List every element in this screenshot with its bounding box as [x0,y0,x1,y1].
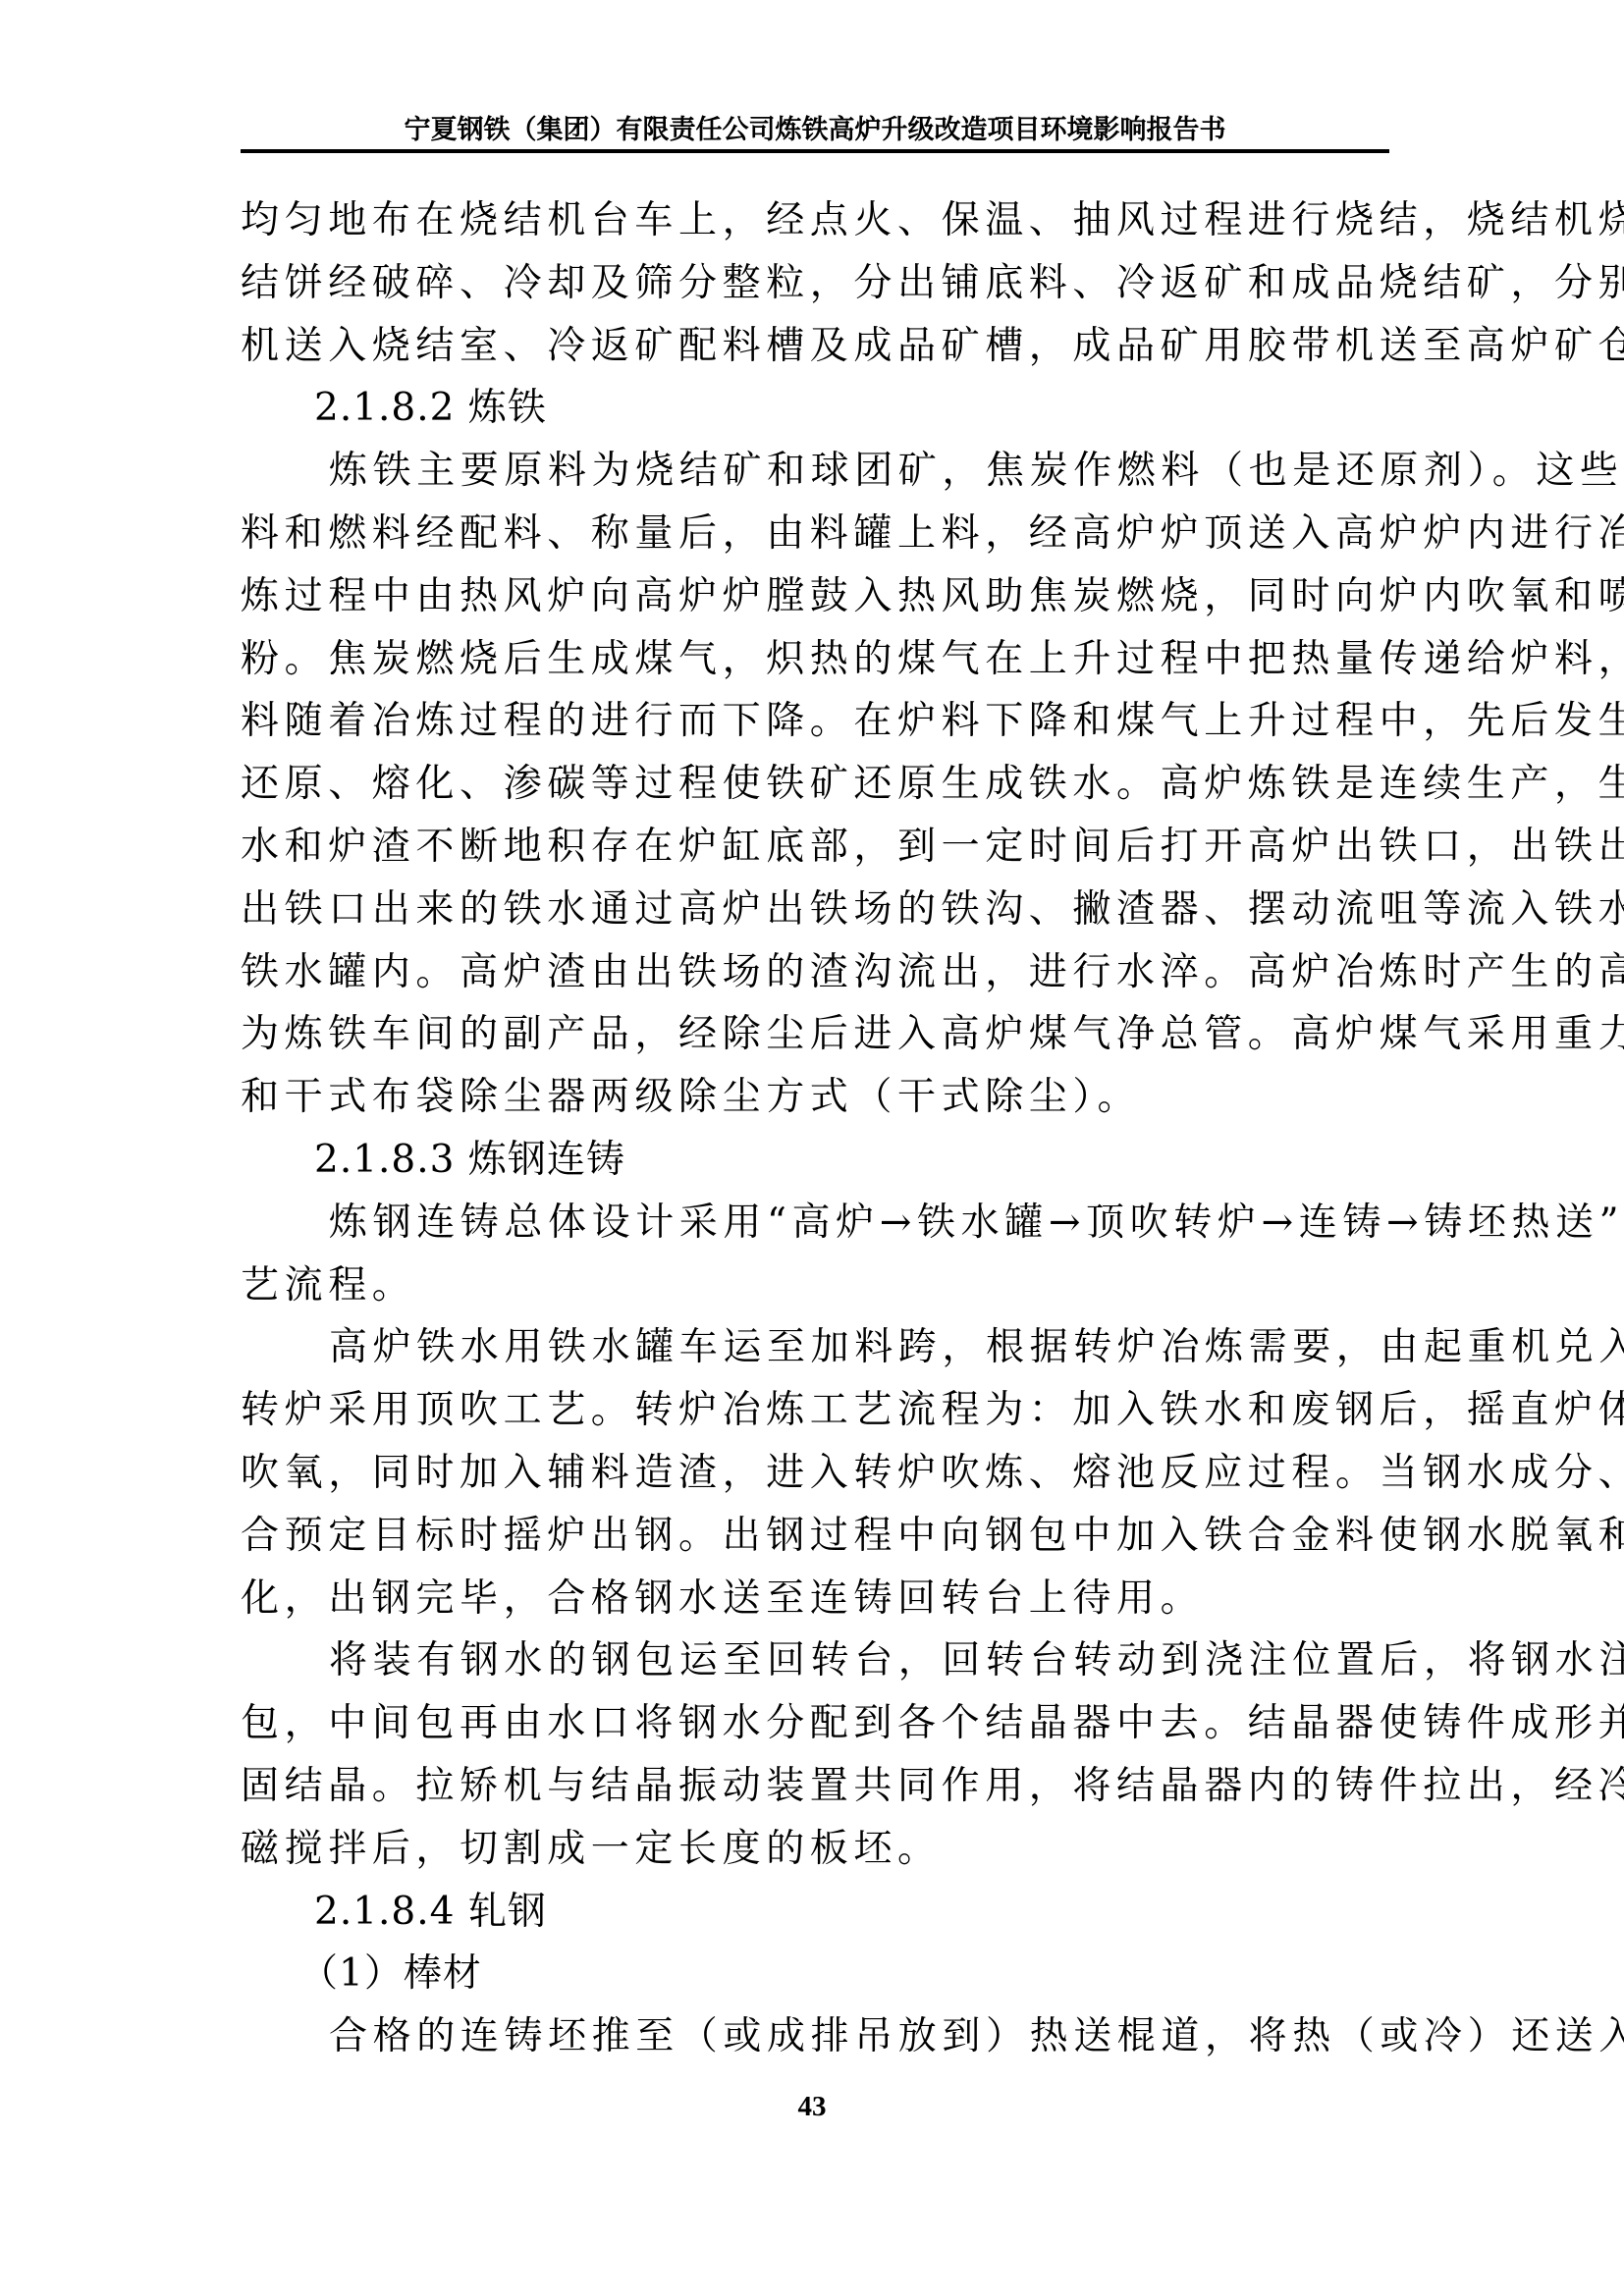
paragraph-line: 还原、熔化、渗碳等过程使铁矿还原生成铁水。高炉炼铁是连续生产，生成的铁 [241,753,1394,816]
paragraph-line: 化，出钢完毕，合格钢水送至连铸回转台上待用。 [241,1568,1394,1630]
document-body: 均匀地布在烧结机台车上，经点火、保温、抽风过程进行烧结，烧结机烧成的烧 结饼经破… [241,189,1394,2068]
paragraph-line: 粉。焦炭燃烧后生成煤气，炽热的煤气在上升过程中把热量传递给炉料，原、辅 [241,628,1394,691]
section-heading-2-1-8-3: 2.1.8.3 炼钢连铸 [241,1129,1394,1192]
paragraph-line: 将装有钢水的钢包运至回转台，回转台转动到浇注位置后，将钢水注入中间 [241,1629,1394,1692]
paragraph-line: 转炉采用顶吹工艺。转炉冶炼工艺流程为：加入铁水和废钢后，摇直炉体，下枪 [241,1379,1394,1442]
paragraph-line: 均匀地布在烧结机台车上，经点火、保温、抽风过程进行烧结，烧结机烧成的烧 [241,189,1394,252]
paragraph-line: 机送入烧结室、冷返矿配料槽及成品矿槽，成品矿用胶带机送至高炉矿仓。 [241,315,1394,378]
header-rule [241,149,1389,153]
paragraph-line: 水和炉渣不断地积存在炉缸底部，到一定时间后打开高炉出铁口，出铁出渣。从 [241,816,1394,879]
paragraph-line: 炼过程中由热风炉向高炉炉膛鼓入热风助焦炭燃烧，同时向炉内吹氧和喷吹煤 [241,565,1394,628]
subsection-heading-bar: （1）棒材 [241,1943,1394,2005]
paragraph-line: 磁搅拌后，切割成一定长度的板坯。 [241,1818,1394,1881]
paragraph-line: 和干式布袋除尘器两级除尘方式（干式除尘）。 [241,1066,1394,1129]
paragraph-line: 炼钢连铸总体设计采用“高炉→铁水罐→顶吹转炉→连铸→铸坯热送”的工 [241,1192,1394,1255]
section-heading-2-1-8-4: 2.1.8.4 轧钢 [241,1881,1394,1944]
paragraph-line: 料随着冶炼过程的进行而下降。在炉料下降和煤气上升过程中，先后发生传热、 [241,690,1394,753]
paragraph-line: 炼铁主要原料为烧结矿和球团矿，焦炭作燃料（也是还原剂）。这些原、辅 [241,440,1394,503]
paragraph-line: 出铁口出来的铁水通过高炉出铁场的铁沟、撇渣器、摆动流咀等流入铁水罐车的 [241,879,1394,941]
paragraph-line: 合格的连铸坯推至（或成排吊放到）热送棍道，将热（或冷）还送入加热炉 [241,2005,1394,2068]
paragraph-line: 吹氧，同时加入辅料造渣，进入转炉吹炼、熔池反应过程。当钢水成分、温度符 [241,1442,1394,1505]
page-number: 43 [0,2091,1624,2123]
paragraph-line: 为炼铁车间的副产品，经除尘后进入高炉煤气净总管。高炉煤气采用重力除尘器 [241,1003,1394,1066]
paragraph-line: 铁水罐内。高炉渣由出铁场的渣沟流出，进行水淬。高炉冶炼时产生的高炉煤气 [241,941,1394,1004]
section-heading-2-1-8-2: 2.1.8.2 炼铁 [241,377,1394,440]
paragraph-line: 高炉铁水用铁水罐车运至加料跨，根据转炉冶炼需要，由起重机兑入转炉。 [241,1316,1394,1379]
paragraph-line: 固结晶。拉矫机与结晶振动装置共同作用，将结晶器内的铸件拉出，经冷却、电 [241,1755,1394,1818]
paragraph-line: 合预定目标时摇炉出钢。出钢过程中向钢包中加入铁合金料使钢水脱氧和合金 [241,1505,1394,1568]
document-header: 宁夏钢铁（集团）有限责任公司炼铁高炉升级改造项目环境影响报告书 [241,108,1389,146]
paragraph-line: 结饼经破碎、冷却及筛分整粒，分出铺底料、冷返矿和成品烧结矿，分别用胶带 [241,252,1394,315]
paragraph-line: 料和燃料经配料、称量后，由料罐上料，经高炉炉顶送入高炉炉内进行冶炼，冶 [241,503,1394,565]
paragraph-line: 艺流程。 [241,1255,1394,1317]
paragraph-line: 包，中间包再由水口将钢水分配到各个结晶器中去。结晶器使铸件成形并迅速凝 [241,1692,1394,1755]
